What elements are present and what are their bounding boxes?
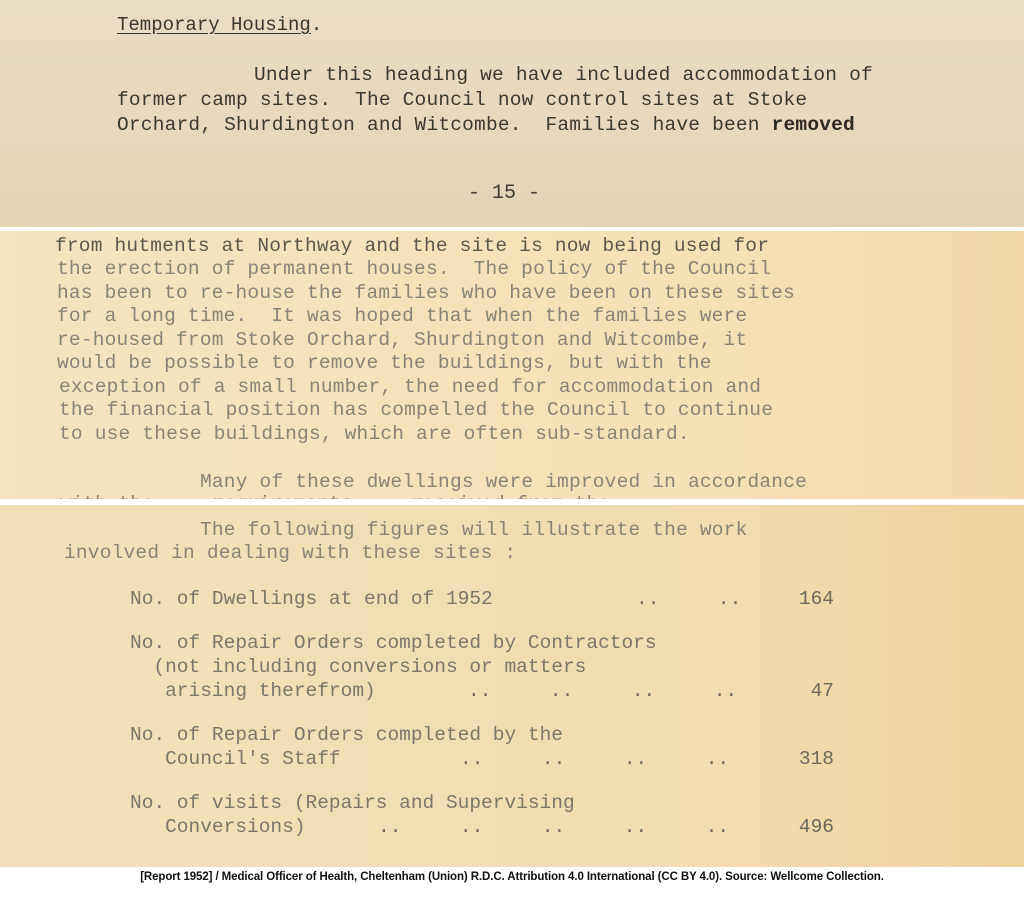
leader-dots: .. .. .. .. bbox=[468, 680, 737, 702]
row-label: No. of Dwellings at end of 1952 bbox=[130, 588, 493, 610]
heading-period: . bbox=[311, 14, 322, 36]
row-label: No. of visits (Repairs and Supervising bbox=[130, 792, 575, 814]
paragraph-line: has been to re-house the families who ha… bbox=[57, 282, 795, 304]
row-value: 164 bbox=[792, 588, 834, 610]
bold-word: removed bbox=[772, 114, 855, 136]
paragraph-line: the financial position has compelled the… bbox=[59, 399, 773, 421]
paragraph-line: from hutments at Northway and the site i… bbox=[55, 235, 769, 257]
section-heading: Temporary Housing. bbox=[117, 14, 322, 36]
heading-text: Temporary Housing bbox=[117, 14, 311, 36]
paragraph-line: for a long time. It was hoped that when … bbox=[57, 305, 747, 327]
leader-dots: .. .. bbox=[636, 588, 741, 610]
row-label: No. of Repair Orders completed by Contra… bbox=[130, 632, 657, 654]
row-label: (not including conversions or matters bbox=[130, 656, 586, 678]
paragraph-line: to use these buildings, which are often … bbox=[59, 423, 690, 445]
row-value: 318 bbox=[792, 748, 834, 770]
row-label: No. of Repair Orders completed by the bbox=[130, 724, 563, 746]
cut-off-line: with the ... requirements ... received f… bbox=[60, 493, 610, 499]
row-value: 47 bbox=[792, 680, 834, 702]
paragraph-line: former camp sites. The Council now contr… bbox=[117, 89, 807, 111]
paragraph-text: Orchard, Shurdington and Witcombe. Famil… bbox=[117, 114, 772, 136]
paragraph-line: the erection of permanent houses. The po… bbox=[57, 258, 771, 280]
page-strip-middle: from hutments at Northway and the site i… bbox=[0, 231, 1024, 499]
leader-dots: .. .. .. .. .. bbox=[378, 816, 729, 838]
page-number: - 15 - bbox=[468, 182, 540, 205]
row-label: Council's Staff bbox=[130, 748, 341, 770]
intro-line: involved in dealing with these sites : bbox=[64, 542, 516, 564]
row-value: 496 bbox=[792, 816, 834, 838]
paragraph-line: would be possible to remove the building… bbox=[57, 352, 712, 374]
paragraph-line: Orchard, Shurdington and Witcombe. Famil… bbox=[117, 114, 855, 136]
page-strip-bottom: The following figures will illustrate th… bbox=[0, 505, 1024, 867]
paragraph-line: exception of a small number, the need fo… bbox=[59, 376, 761, 398]
row-label: arising therefrom) bbox=[130, 680, 376, 702]
paragraph-line: re-housed from Stoke Orchard, Shurdingto… bbox=[57, 329, 747, 351]
row-label: Conversions) bbox=[130, 816, 306, 838]
attribution-caption: [Report 1952] / Medical Officer of Healt… bbox=[0, 871, 1024, 883]
paragraph-line: Under this heading we have included acco… bbox=[254, 64, 873, 86]
intro-line: The following figures will illustrate th… bbox=[200, 519, 748, 541]
paragraph-line: Many of these dwellings were improved in… bbox=[200, 471, 807, 493]
page-strip-top: Temporary Housing. Under this heading we… bbox=[0, 0, 1024, 227]
leader-dots: .. .. .. .. bbox=[460, 748, 729, 770]
